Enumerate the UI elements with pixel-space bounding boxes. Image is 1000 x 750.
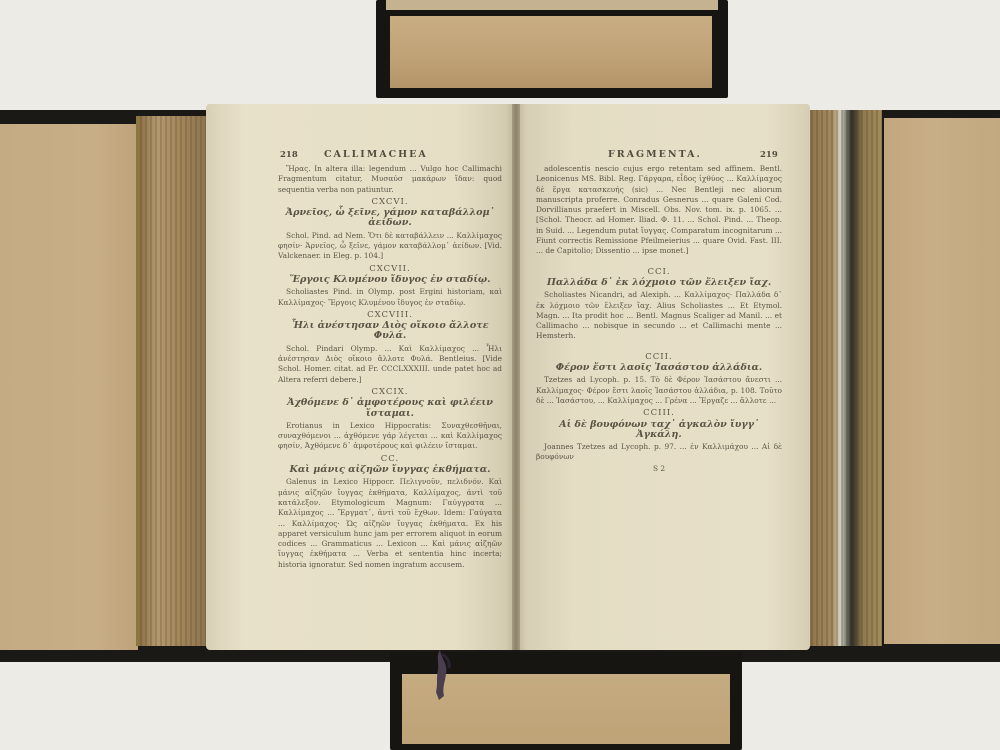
book-gutter: [512, 104, 520, 650]
section-numeral: CC.: [278, 454, 502, 464]
right-intro: adolescentis nescio cujus ergo retentam …: [536, 164, 782, 257]
ribbon-bookmark-icon: [430, 650, 454, 702]
left-running-head: CALLIMACHEA: [324, 149, 428, 160]
section-numeral: CCI.: [536, 267, 782, 277]
fragment-note: Tzetzes ad Lycoph. p. 15. Τὸ δὲ Φέρον Ἰα…: [536, 375, 782, 406]
fragment-note: Schol. Pindari Olymp. ... Καὶ Καλλίμαχος…: [278, 344, 502, 385]
box-top-flap-edge: [386, 0, 718, 10]
fragment-note: Joannes Tzetzes ad Lycoph. p. 97. ... ἐν…: [536, 442, 782, 463]
fragment-note: Scholiastes Pind. in Olymp. post Ergini …: [278, 287, 502, 308]
case-lining-left: [0, 124, 138, 650]
right-page-number: 219: [760, 150, 778, 160]
fragment-verse: Ἔργοις Κλυμένου ἴδυγος ἐν σταδίῳ.: [278, 275, 502, 285]
right-page: FRAGMENTA. 219 adolescentis nescio cujus…: [514, 104, 810, 650]
right-running-head: FRAGMENTA.: [608, 149, 702, 160]
box-top-flap: [376, 0, 728, 98]
right-page-text: adolescentis nescio cujus ergo retentam …: [536, 164, 782, 474]
signature-mark: S 2: [536, 464, 782, 474]
fragment-note: Galenus in Lexico Hippocr. Πελιγνοῦν, πε…: [278, 477, 502, 570]
left-page-number: 218: [280, 150, 298, 160]
section-numeral: CCII.: [536, 352, 782, 362]
left-page: 218 CALLIMACHEA Ἥρας. In altera illa: le…: [206, 104, 518, 650]
left-page-text: Ἥρας. In altera illa: legendum ... Vulgo…: [278, 164, 502, 570]
section-numeral: CXCVII.: [278, 264, 502, 274]
fragment-note: Scholiastes Nicandri, ad Alexiph. ... Κα…: [536, 290, 782, 341]
section-numeral: CXCVI.: [278, 197, 502, 207]
left-intro: Ἥρας. In altera illa: legendum ... Vulgo…: [278, 164, 502, 195]
fragment-verse: Αἱ δὲ βουφόνων ταχ᾽ ἀγκαλὸν ἴυγγ᾽ Ἀγκάλη…: [536, 420, 782, 441]
fragment-verse: Φέρον ἔστι λαοῖς Ἰασάστου ἀλλάδια.: [536, 363, 782, 373]
section-numeral: CXCVIII.: [278, 310, 502, 320]
fragment-note: Schol. Pind. ad Nem. Ὅτι δὲ καταβάλλειν …: [278, 231, 502, 262]
section-numeral: CCIII.: [536, 408, 782, 418]
fragment-note: Erotianus in Lexico Hippocratis: Συναχθε…: [278, 421, 502, 452]
fragment-verse: Ἦλι ἀνέστησαν Διὸς οἴκοιο ἄλλοτε Φυλά.: [278, 321, 502, 342]
section-numeral: CXCIX.: [278, 387, 502, 397]
fragment-verse: Παλλάδα δ᾽ ἐκ λόχμοιο τῶν ἔλειξεν ἴαχ.: [536, 278, 782, 288]
fragment-verse: Καὶ μάνις αἰζηῶν ἴυγγας ἐκθήματα.: [278, 465, 502, 475]
case-lining-right: [884, 118, 1000, 644]
book-edge-right: [806, 110, 882, 646]
box-top-flap-lining: [390, 16, 712, 88]
fragment-verse: Ἀρνεῖος, ὦ ξεῖνε, γάμον καταβάλλομ᾽ ἀείδ…: [278, 208, 502, 229]
fragment-verse: Ἀχθόμενε δ᾽ ἀμφοτέρους καὶ φιλέειν ἴσταμ…: [278, 398, 502, 419]
